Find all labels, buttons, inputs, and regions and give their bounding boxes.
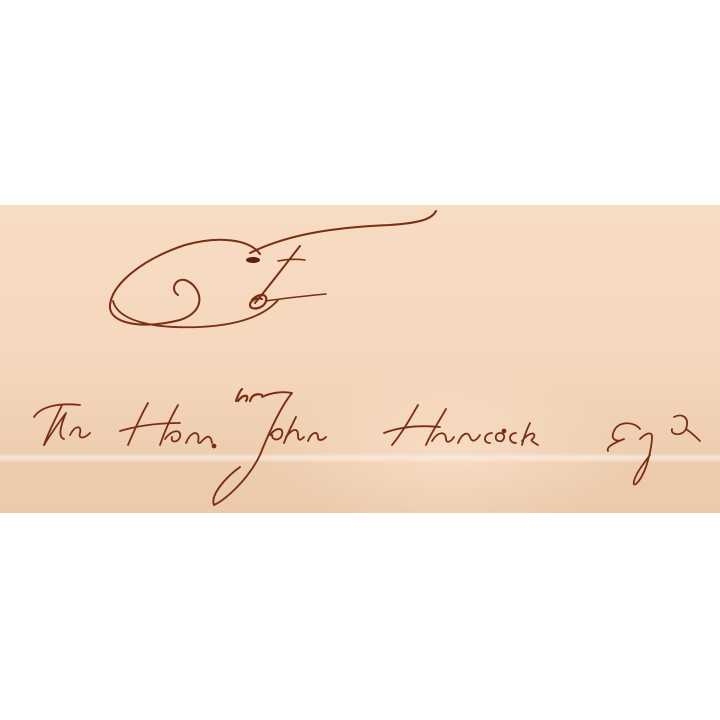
handwriting-ink — [0, 205, 720, 513]
address-word-esq — [608, 416, 700, 485]
salutation-flourish — [110, 211, 436, 327]
address-word-hancock — [384, 405, 538, 445]
address-word-hon — [120, 403, 216, 448]
address-word-john — [213, 392, 326, 505]
manuscript-paper: To The Hon.ble John Hancock Esq. — [0, 205, 720, 513]
address-word-the — [34, 404, 90, 445]
address-superscript-ble — [236, 389, 262, 401]
